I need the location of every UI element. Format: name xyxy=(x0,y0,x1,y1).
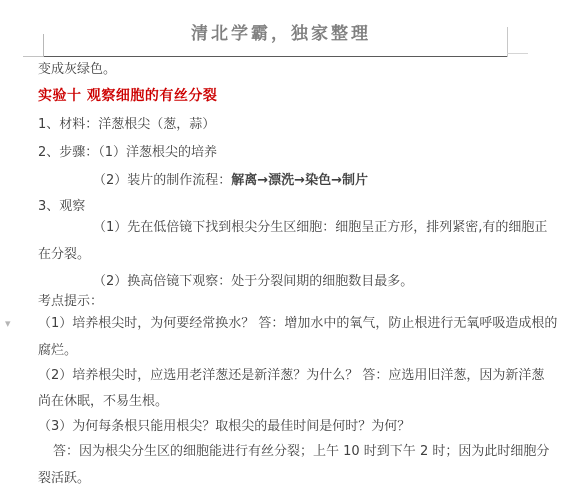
steps-line-2-label: （2）装片的制作流程： xyxy=(93,173,231,188)
margin-mark-left-tick xyxy=(43,34,44,57)
header-rule xyxy=(43,56,508,57)
page-header-title: 清北学霸，独家整理 xyxy=(0,19,562,44)
tip-3-answer-line-1: 答：因为根尖分生区的细胞能进行有丝分裂；上午 10 时到下午 2 时；因为此时细… xyxy=(53,444,549,460)
tip-3-answer-line-2: 裂活跃。 xyxy=(38,471,90,487)
margin-mark-right-dash xyxy=(507,53,528,54)
tips-heading: 考点提示： xyxy=(38,294,103,310)
materials-line: 1、材料：洋葱根尖（葱，蒜） xyxy=(38,117,215,133)
document-page: 清北学霸，独家整理 ▾ 变成灰绿色。 实验十 观察细胞的有丝分裂 1、材料：洋葱… xyxy=(0,0,562,496)
observe-point-1-line-2: 在分裂。 xyxy=(38,247,90,263)
experiment-title: 实验十 观察细胞的有丝分裂 xyxy=(38,88,217,104)
tip-3-question: （3）为何每条根只能用根尖？取根尖的最佳时间是何时？为何？ xyxy=(38,419,410,435)
observe-heading: 3、观察 xyxy=(38,199,85,215)
margin-caret-icon: ▾ xyxy=(5,318,11,329)
tip-2-line-1: （2）培养根尖时，应选用老洋葱还是新洋葱？为什么？ 答：应选用旧洋葱，因为新洋葱 xyxy=(38,368,544,384)
doc-line-intro: 变成灰绿色。 xyxy=(38,62,116,78)
tip-1-line-2: 腐烂。 xyxy=(38,343,77,359)
margin-mark-left-dash xyxy=(23,56,43,57)
steps-line-2-flow: 解离→漂洗→染色→制片 xyxy=(231,173,368,188)
tip-2-line-2: 尚在休眠，不易生根。 xyxy=(38,394,168,410)
steps-line-1: 2、步骤：（1）洋葱根尖的培养 xyxy=(38,145,217,161)
observe-point-1-line-1: （1）先在低倍镜下找到根尖分生区细胞：细胞呈正方形，排列紧密,有的细胞正 xyxy=(93,220,547,236)
tip-1-line-1: （1）培养根尖时，为何要经常换水？ 答：增加水中的氧气，防止根进行无氧呼吸造成根… xyxy=(38,316,557,332)
observe-point-2: （2）换高倍镜下观察：处于分裂间期的细胞数目最多。 xyxy=(93,274,413,290)
steps-line-2: （2）装片的制作流程：解离→漂洗→染色→制片 xyxy=(93,173,368,189)
